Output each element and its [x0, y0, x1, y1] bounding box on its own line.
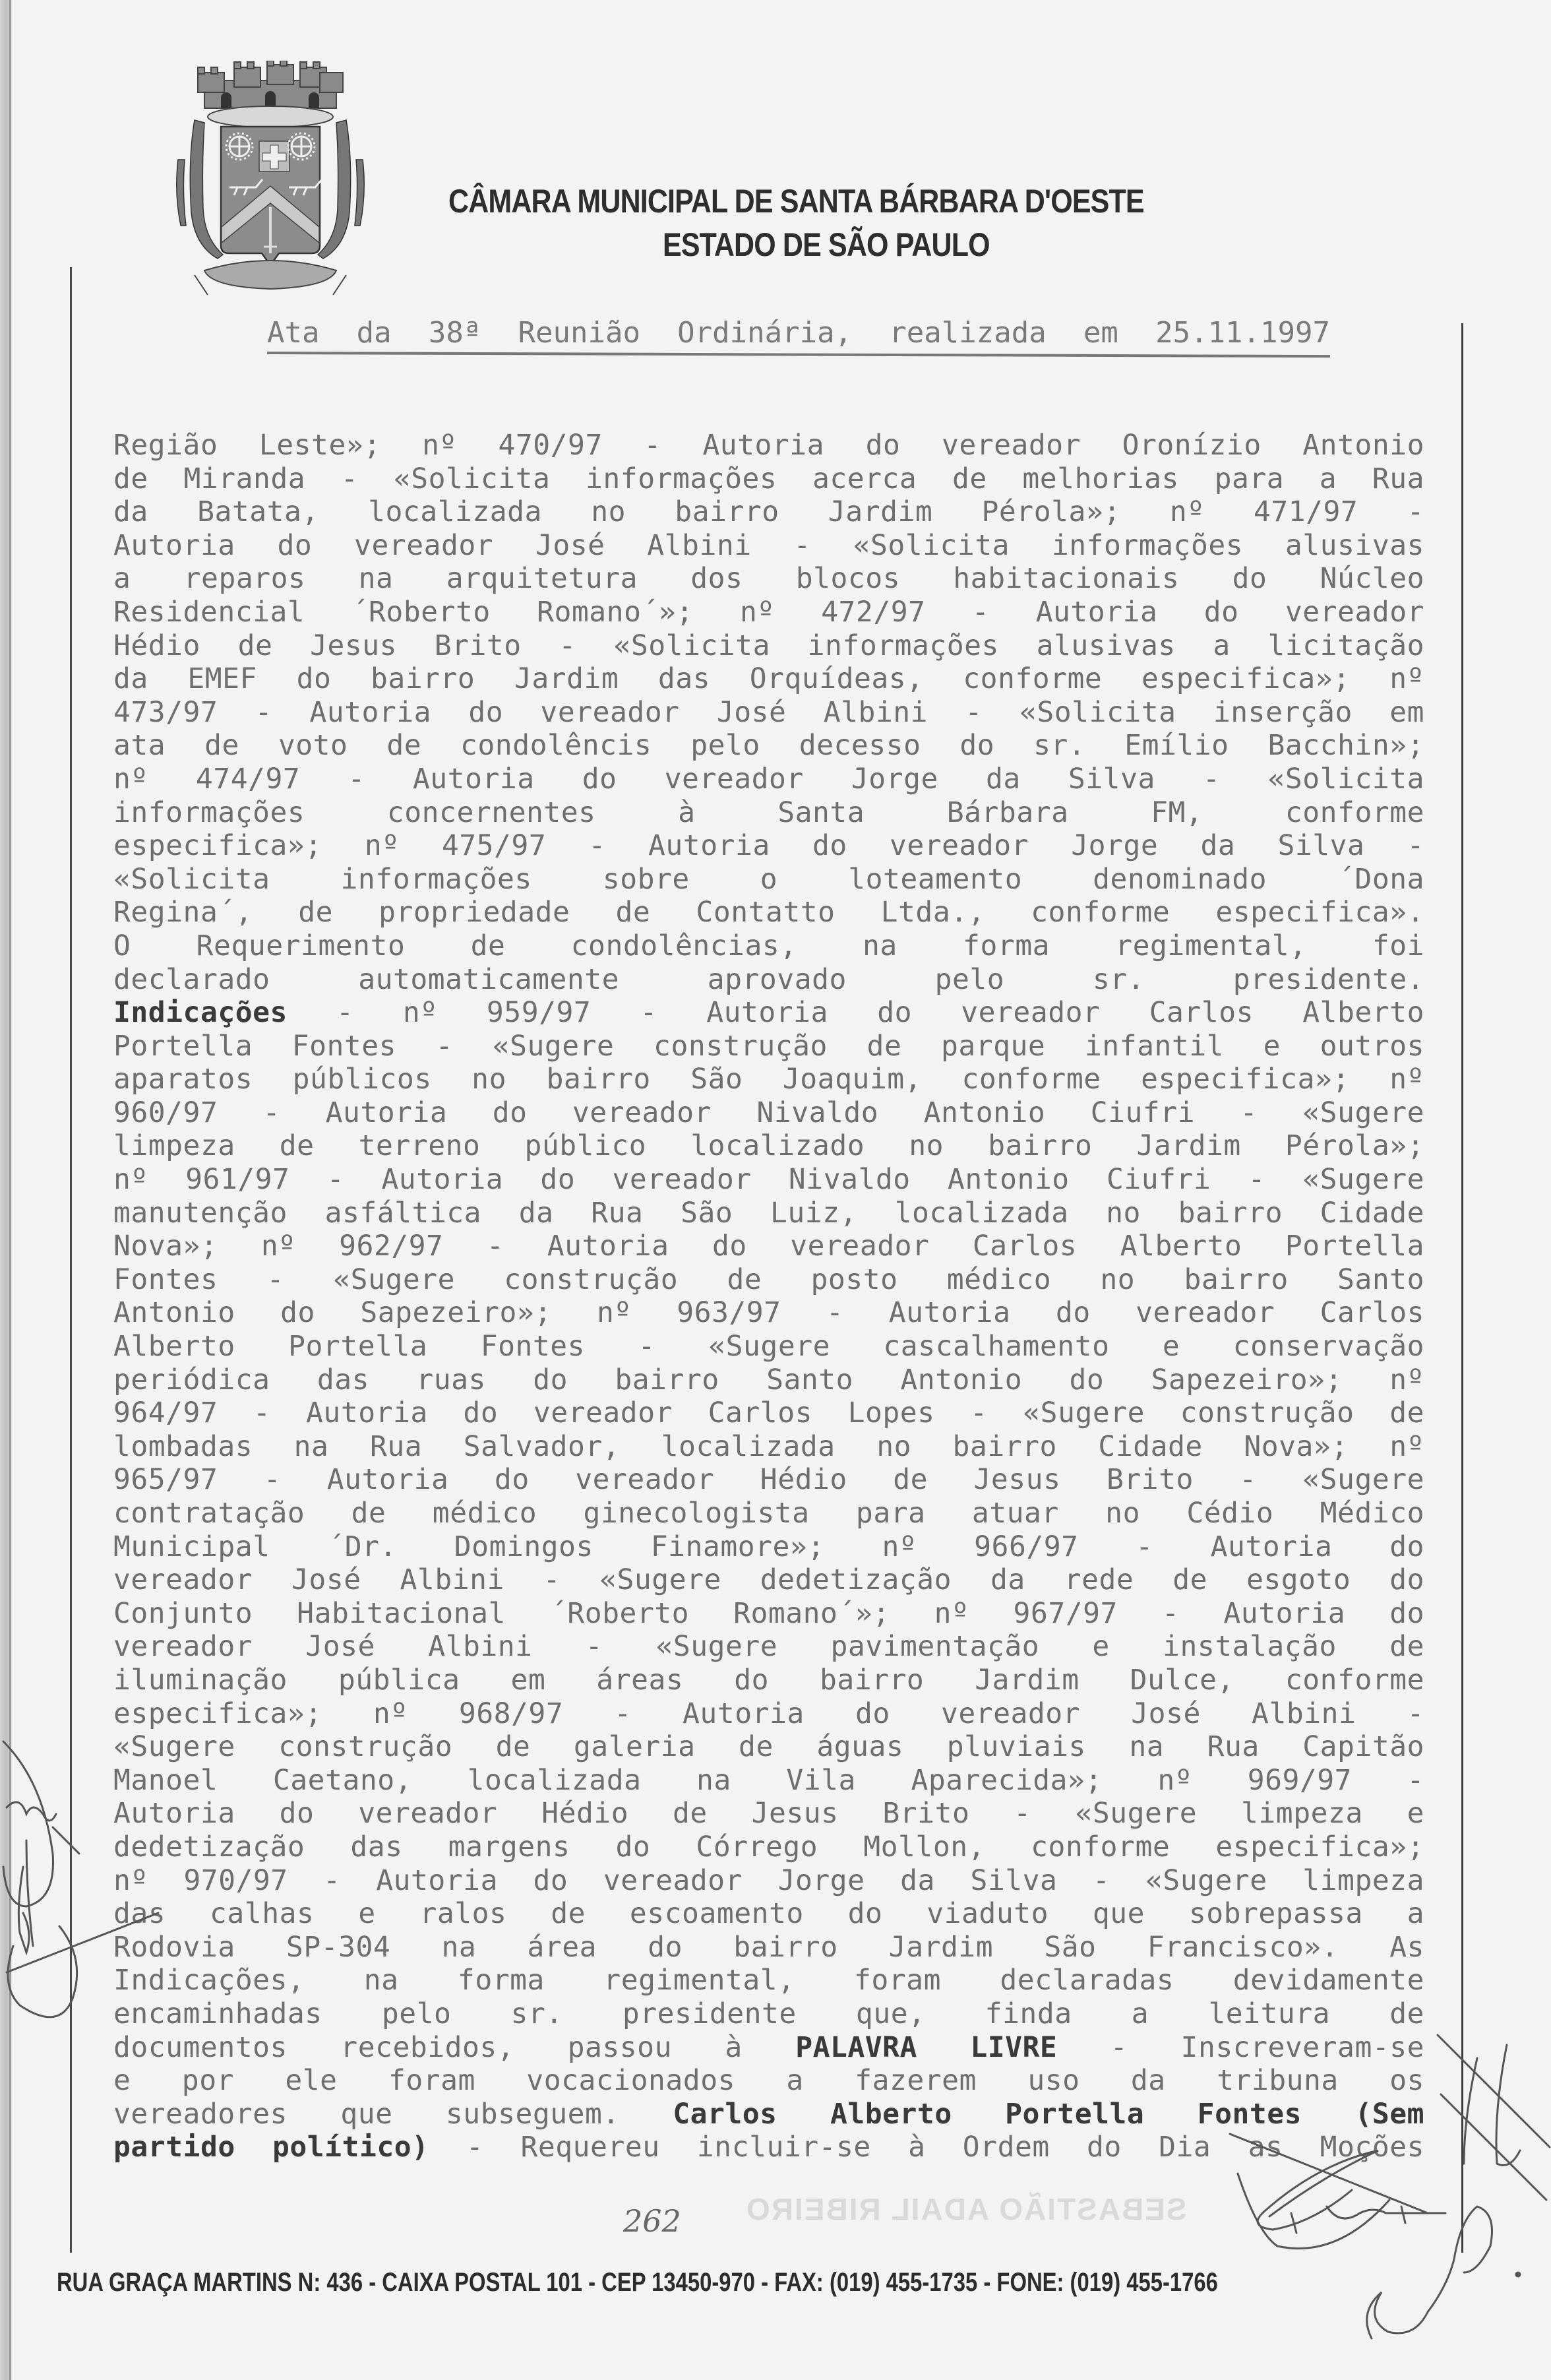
- text-line: Indicações, na forma regimental, foram d…: [113, 1964, 1424, 1997]
- text-line: contratação de médico ginecologista para…: [113, 1497, 1424, 1530]
- text-line: lombadas na Rua Salvador, localizada no …: [113, 1430, 1424, 1464]
- text-line: da Batata, localizada no bairro Jardim P…: [113, 495, 1424, 529]
- text-line: Antonio do Sapezeiro»; nº 963/97 - Autor…: [113, 1296, 1424, 1330]
- text-line: vereadores que subseguem. Carlos Alberto…: [113, 2098, 1424, 2131]
- text-line: Fontes - «Sugere construção de posto méd…: [113, 1263, 1424, 1297]
- text-line: nº 961/97 - Autoria do vereador Nivaldo …: [113, 1163, 1424, 1197]
- text-line: Autoria do vereador José Albini - «Solic…: [113, 529, 1424, 563]
- text-line: declarado automaticamente aprovado pelo …: [113, 963, 1424, 997]
- text-line: de Miranda - «Solicita informações acerc…: [113, 462, 1424, 496]
- text-line: Autoria do vereador Hédio de Jesus Brito…: [113, 1797, 1424, 1831]
- text-line: especifica»; nº 475/97 - Autoria do vere…: [113, 829, 1424, 863]
- text-line: informações concernentes à Santa Bárbara…: [113, 796, 1424, 830]
- text-line: «Sugere construção de galeria de águas p…: [113, 1730, 1424, 1764]
- text-line: 473/97 - Autoria do vereador José Albini…: [113, 696, 1424, 730]
- text-line: nº 970/97 - Autoria do vereador Jorge da…: [113, 1864, 1424, 1898]
- right-margin-rule: [1461, 323, 1463, 2253]
- coat-of-arms-icon: [158, 61, 382, 305]
- text-line: 965/97 - Autoria do vereador Hédio de Je…: [113, 1463, 1424, 1497]
- text-line: manutenção asfáltica da Rua São Luiz, lo…: [113, 1197, 1424, 1230]
- left-margin-rule: [70, 267, 72, 2253]
- institution-name: CÂMARA MUNICIPAL DE SANTA BÁRBARA D'OEST…: [448, 182, 1146, 220]
- text-line: 960/97 - Autoria do vereador Nivaldo Ant…: [113, 1096, 1424, 1130]
- text-line: Rodovia SP-304 na área do bairro Jardim …: [113, 1931, 1424, 1964]
- text-line: Residencial ´Roberto Romano´»; nº 472/97…: [113, 596, 1424, 629]
- text-line: Indicações - nº 959/97 - Autoria do vere…: [113, 996, 1424, 1030]
- text-line: periódica das ruas do bairro Santo Anton…: [113, 1363, 1424, 1397]
- text-line: especifica»; nº 968/97 - Autoria do vere…: [113, 1697, 1424, 1731]
- text-line: documentos recebidos, passou à PALAVRA L…: [113, 2031, 1424, 2065]
- text-line: partido político) - Requereu incluir-se …: [113, 2131, 1424, 2164]
- text-line: nº 474/97 - Autoria do vereador Jorge da…: [113, 763, 1424, 796]
- text-line: aparatos públicos no bairro São Joaquim,…: [113, 1063, 1424, 1096]
- text-line: Municipal ´Dr. Domingos Finamore»; nº 96…: [113, 1530, 1424, 1564]
- text-line: limpeza de terreno público localizado no…: [113, 1129, 1424, 1163]
- text-line: ata de voto de condolêncis pelo decesso …: [113, 729, 1424, 763]
- text-line: iluminação pública em áreas do bairro Ja…: [113, 1664, 1424, 1697]
- text-line: vereador José Albini - «Sugere dedetizaç…: [113, 1563, 1424, 1597]
- text-line: dedetização das margens do Córrego Mollo…: [113, 1831, 1424, 1864]
- text-line: Manoel Caetano, localizada na Vila Apare…: [113, 1764, 1424, 1798]
- stamp-bleed-through: SEBASTIÃO ADAIL RIBEIRO: [745, 2191, 1187, 2227]
- text-line: e por ele foram vocacionados a fazerem u…: [113, 2064, 1424, 2098]
- text-line: 964/97 - Autoria do vereador Carlos Lope…: [113, 1396, 1424, 1430]
- document-title: Ata da 38ª Reunião Ordinária, realizada …: [267, 313, 1330, 353]
- text-line: encaminhadas pelo sr. presidente que, fi…: [113, 1997, 1424, 2031]
- text-line: Hédio de Jesus Brito - «Solicita informa…: [113, 629, 1424, 663]
- page-edge-line: [9, 0, 11, 2380]
- text-line: Nova»; nº 962/97 - Autoria do vereador C…: [113, 1230, 1424, 1263]
- text-line: da EMEF do bairro Jardim das Orquídeas, …: [113, 662, 1424, 696]
- text-line: Região Leste»; nº 470/97 - Autoria do ve…: [113, 429, 1424, 462]
- letterhead-footer-address: RUA GRAÇA MARTINS N: 436 - CAIXA POSTAL …: [57, 2268, 1218, 2298]
- minutes-body-text: Região Leste»; nº 470/97 - Autoria do ve…: [113, 429, 1424, 2164]
- text-line: a reparos na arquitetura dos blocos habi…: [113, 562, 1424, 596]
- text-line: Portella Fontes - «Sugere construção de …: [113, 1030, 1424, 1063]
- text-line: O Requerimento de condolências, na forma…: [113, 929, 1424, 963]
- text-line: vereador José Albini - «Sugere pavimenta…: [113, 1630, 1424, 1664]
- text-line: Regina´, de propriedade de Contatto Ltda…: [113, 896, 1424, 929]
- institution-state: ESTADO DE SÃO PAULO: [663, 226, 990, 264]
- text-line: das calhas e ralos de escoamento do viad…: [113, 1897, 1424, 1931]
- handwritten-page-number: 262: [623, 2203, 681, 2239]
- text-line: Alberto Portella Fontes - «Sugere cascal…: [113, 1330, 1424, 1363]
- text-line: «Solicita informações sobre o loteamento…: [113, 863, 1424, 896]
- text-line: Conjunto Habitacional ´Roberto Romano´»;…: [113, 1597, 1424, 1631]
